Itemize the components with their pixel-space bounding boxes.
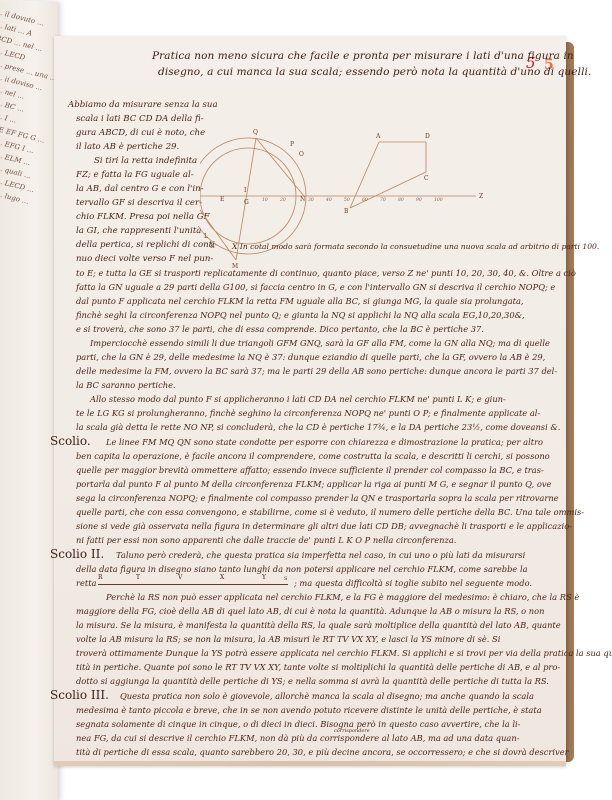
scale-tick: 50 (344, 197, 350, 203)
column-line: scala i lati BC CD DA della fi- (76, 114, 204, 124)
body-line: retta (76, 578, 97, 588)
column-line: Abbiamo da misurare senza la sua (68, 100, 218, 110)
body-line: fatta la GN uguale a 29 parti della G100… (76, 282, 555, 292)
column-line: della pertica, si replichi di conti- (76, 240, 218, 250)
scolio-heading: Scolio. (50, 434, 91, 448)
body-line: tità in pertiche. Quante poi sono le RT … (76, 662, 560, 672)
scale-tick: 100 (434, 197, 443, 203)
diagram-side-note: X In cotal modo sarà formata secondo la … (232, 242, 599, 251)
body-line: Taluno però crederà, che questa pratica … (116, 550, 525, 560)
body-line: dal punto F applicata nel cerchio FLKM l… (76, 296, 524, 306)
body-line: sega la circonferenza NOPQ; e finalmente… (76, 493, 559, 503)
label-l: L (204, 233, 208, 240)
body-line: Le linee FM MQ QN sono state condotte pe… (106, 437, 543, 447)
body-line: nea FG, da cui si descrive il cerchio FL… (76, 733, 520, 743)
scale-tick: 40 (325, 197, 332, 203)
body-line: la misura. Se la misura, è manifesta la … (76, 620, 561, 630)
scale-tick: 30 (308, 197, 314, 203)
label-o: O (299, 151, 304, 158)
column-line: nuo dieci volte verso F nel pun- (76, 254, 213, 264)
scale-tick: 80 (398, 197, 404, 203)
label-c: C (424, 175, 429, 182)
body-line: segnata solamente di cinque in cinque, o… (76, 719, 520, 729)
segment-rs: R T V X Y S (98, 574, 288, 588)
body-line: Questa pratica non solo è giovevole, all… (120, 691, 534, 701)
geometry-diagram: Q P O F E I G N L K M A D B C Z 10 20 30… (200, 88, 550, 268)
scale-tick: 60 (362, 197, 368, 203)
column-line: la GI, che rappresenti l'unità (76, 226, 201, 236)
body-line: maggiore della FG, cioè della AB di quel… (76, 606, 544, 616)
body-line: dotto si aggiunga la quantità delle pert… (76, 676, 549, 686)
body-line: sione si vede già osservata nella figura… (76, 521, 572, 531)
column-line: Si tiri la retta indefinita (94, 156, 197, 166)
segment-letter: S (284, 576, 287, 582)
segment-letter: Y (262, 574, 266, 581)
line-qn (256, 138, 304, 196)
segment-letter: V (178, 574, 182, 581)
body-line: della data figura in disegno siano tanto… (76, 564, 528, 574)
label-b: B (344, 208, 349, 215)
label-n: N (300, 196, 305, 203)
column-line: la AB, dal centro G e con l'in- (76, 184, 204, 194)
line-fm (200, 196, 236, 260)
body-line: portarla dal punto F al punto M della ci… (76, 479, 551, 489)
body-line: e si troverà, che sono 37 le parti, che … (76, 324, 484, 334)
facing-page-edge: ... il dovuto ... ... lati ... A BCD ...… (0, 0, 58, 800)
body-line: ben capita la operazione, è facile ancor… (76, 451, 550, 461)
scolio-heading: Scolio III. (50, 688, 109, 702)
label-p: P (290, 141, 294, 148)
label-e: E (220, 196, 224, 203)
body-line: la scala già detta le rette NO NP, si co… (76, 422, 560, 432)
body-line: tità di pertiche di essa scala, quanto s… (76, 747, 569, 757)
body-line: la BC saranno pertiche. (76, 380, 176, 390)
label-k: K (210, 243, 215, 250)
scolio-heading: Scolio II. (50, 547, 104, 561)
body-line: delle medesime la FM, ovvero la BC sarà … (76, 366, 557, 376)
page-heading-line-1: Pratica non meno sicura che facile e pro… (152, 50, 574, 62)
body-line: ni fatti per essi non sono apparenti che… (76, 535, 456, 545)
label-q: Q (253, 129, 258, 136)
label-z: Z (479, 193, 483, 200)
label-g: G (244, 199, 249, 206)
column-line: tervallo GF si descriva il cer- (76, 198, 202, 208)
body-line: finchè seghi la circonferenza NOPQ nel p… (76, 310, 525, 320)
body-line: quelle parti, che con essa convengono, e… (76, 507, 584, 517)
segment-letter: X (220, 574, 224, 581)
manuscript-page: 5 5 Pratica non meno sicura che facile e… (54, 36, 566, 766)
scale-tick: 10 (262, 197, 268, 203)
label-i: I (244, 187, 247, 194)
body-line: Perchè la RS non può esser applicata nel… (106, 592, 579, 602)
body-line: Allo stesso modo dal punto F si appliche… (90, 394, 506, 404)
body-line: Imperciocchè essendo simili li due trian… (90, 338, 550, 348)
label-a: A (375, 133, 381, 140)
body-line: ; ma questa difficoltà si toglie subito … (294, 578, 532, 588)
scale-tick: 90 (416, 197, 422, 203)
scale-tick: 70 (380, 197, 386, 203)
column-line: chio FLKM. Presa poi nella GF (76, 212, 210, 222)
body-line: quelle per maggior brevità ommettere aff… (76, 465, 544, 475)
label-d: D (425, 133, 430, 140)
column-line: FZ; e fatta la FG uguale al- (76, 170, 194, 180)
column-line: gura ABCD, di cui è noto, che (76, 128, 205, 138)
column-line: il lato AB è pertiche 29. (76, 142, 179, 152)
label-m: M (232, 263, 238, 268)
scale-tick: 20 (279, 197, 286, 203)
body-line: troverà ottimamente Dunque la YS potrà e… (76, 648, 612, 658)
body-line: parti, che la GN è 29, delle medesime la… (76, 352, 545, 362)
body-line: te le LG KG si prolungheranno, finchè se… (76, 408, 540, 418)
page-heading-line-2: disegno, a cui manca la sua scala; essen… (158, 66, 591, 78)
segment-letter: R (98, 574, 103, 581)
body-line: medesima è tanto piccola e breve, che in… (76, 705, 542, 715)
body-line: volte la AB misura la RS; se non la misu… (76, 634, 500, 644)
segment-letter: T (136, 574, 140, 581)
body-line: to E; e tutta la GE si trasporti replica… (76, 268, 576, 278)
